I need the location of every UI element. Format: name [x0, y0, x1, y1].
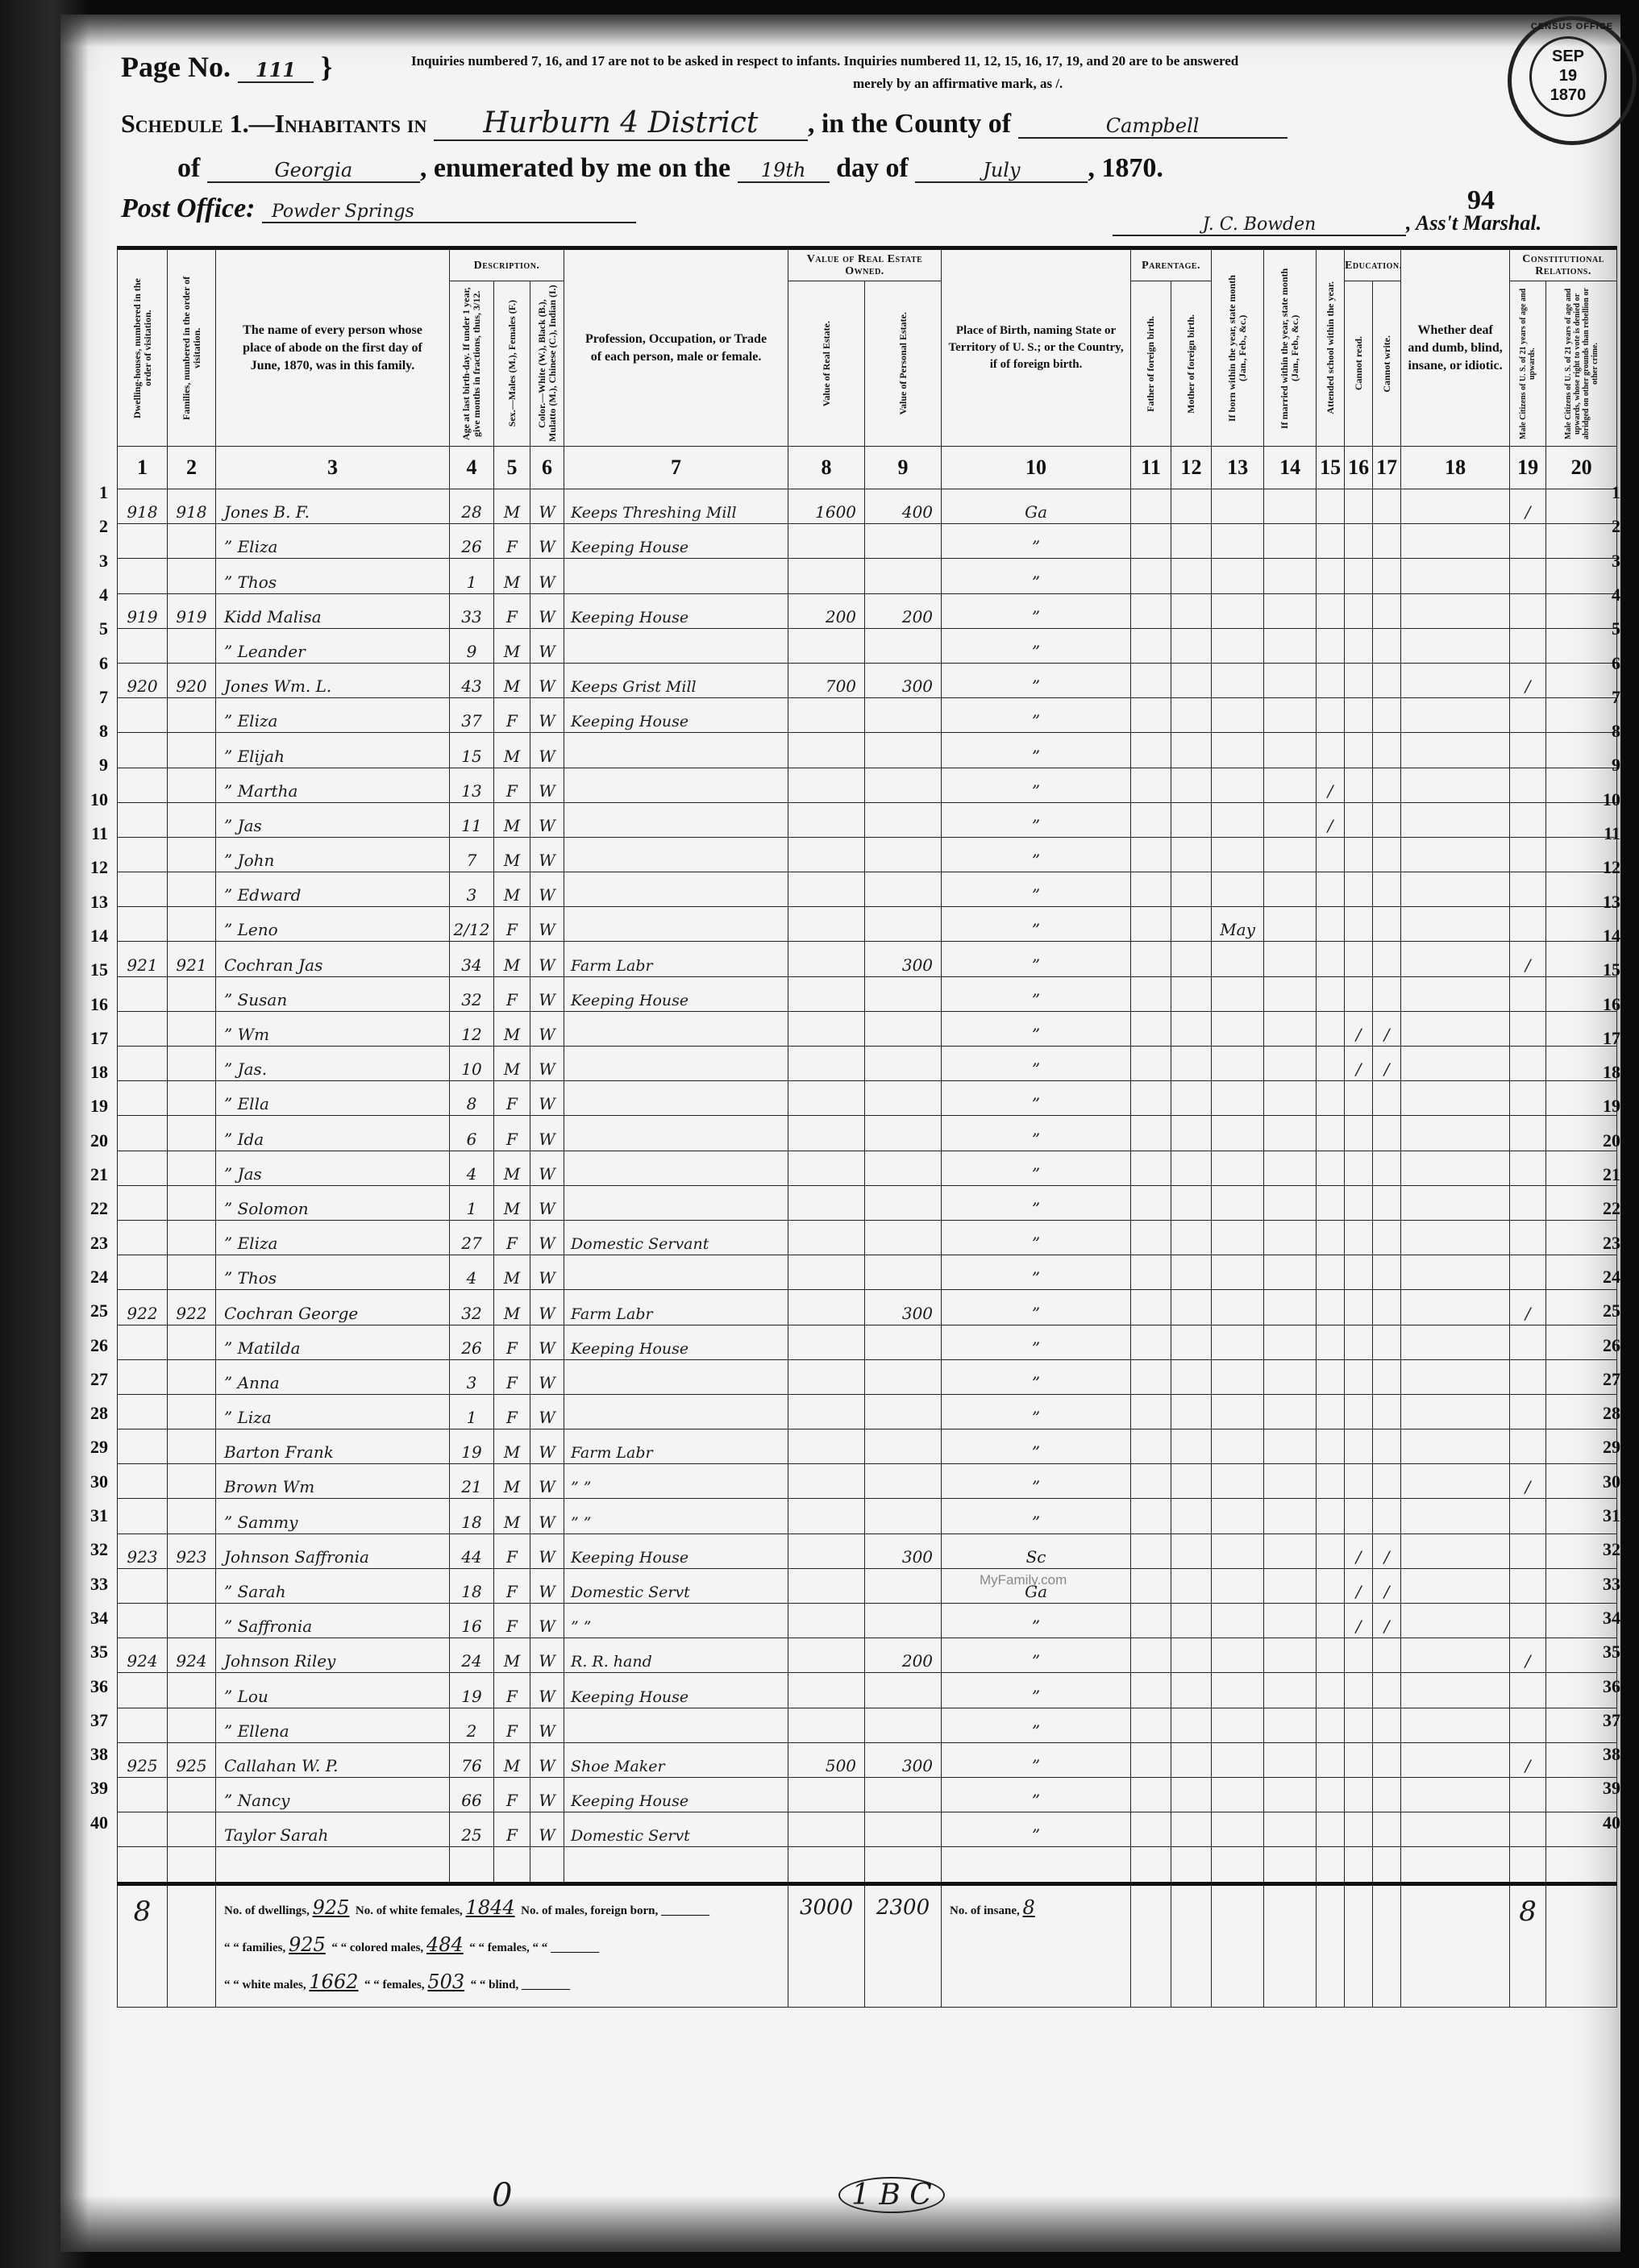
row-number: 31 — [74, 1505, 108, 1526]
row-number: 7 — [74, 687, 108, 708]
row-number: 39 — [74, 1778, 108, 1799]
column-number: 16 — [1345, 447, 1373, 489]
personal-estate-value — [865, 907, 942, 942]
real-estate-value — [788, 698, 865, 733]
census-row: ” Jas.10MW”// — [118, 1047, 1617, 1081]
occupation — [564, 1708, 788, 1742]
county-field: Campbell — [1018, 114, 1287, 139]
father-foreign — [1131, 1220, 1171, 1255]
age: 18 — [450, 1499, 494, 1534]
birthplace: ” — [942, 1673, 1131, 1708]
born-within-year — [1212, 1255, 1264, 1290]
color: W — [530, 1708, 564, 1742]
sex: M — [494, 1011, 530, 1046]
family-number — [168, 1499, 216, 1534]
real-estate-value — [788, 907, 865, 942]
personal-estate-value — [865, 1708, 942, 1742]
row-number: 17 — [1587, 1028, 1620, 1049]
deaf-blind — [1401, 1255, 1510, 1290]
deaf-blind — [1401, 1812, 1510, 1847]
cannot-read — [1345, 1777, 1373, 1812]
personal-estate-value: 300 — [865, 942, 942, 976]
birthplace: ” — [942, 1185, 1131, 1220]
cannot-read: / — [1345, 1011, 1373, 1046]
father-foreign — [1131, 837, 1171, 872]
age: 76 — [450, 1742, 494, 1777]
married-within-year — [1264, 768, 1317, 802]
mother-foreign — [1171, 698, 1212, 733]
row-number: 40 — [1587, 1812, 1620, 1833]
occupation — [564, 628, 788, 663]
occupation — [564, 1847, 788, 1883]
cannot-read — [1345, 489, 1373, 524]
born-within-year — [1212, 1568, 1264, 1603]
attended-school — [1317, 976, 1345, 1011]
real-estate-value — [788, 1220, 865, 1255]
cannot-write — [1373, 663, 1401, 697]
mother-foreign — [1171, 559, 1212, 593]
attended-school — [1317, 1568, 1345, 1603]
dwelling-number — [118, 1151, 168, 1185]
mother-foreign — [1171, 907, 1212, 942]
father-foreign — [1131, 1499, 1171, 1534]
real-estate-value — [788, 1185, 865, 1220]
real-estate-value — [788, 1011, 865, 1046]
dwelling-number — [118, 524, 168, 559]
married-within-year — [1264, 1359, 1317, 1394]
mother-foreign — [1171, 942, 1212, 976]
row-number: 20 — [74, 1130, 108, 1151]
attended-school — [1317, 1081, 1345, 1116]
cannot-read — [1345, 1464, 1373, 1499]
color: W — [530, 524, 564, 559]
real-estate-value — [788, 1534, 865, 1568]
mother-foreign — [1171, 1812, 1212, 1847]
sex: F — [494, 1220, 530, 1255]
cannot-read — [1345, 1499, 1373, 1534]
age: 25 — [450, 1812, 494, 1847]
birthplace: ” — [942, 1812, 1131, 1847]
real-estate-value: 1600 — [788, 489, 865, 524]
dwelling-number — [118, 1081, 168, 1116]
column-number: 7 — [564, 447, 788, 489]
deaf-blind — [1401, 1185, 1510, 1220]
day-of-label: day of — [836, 153, 909, 183]
personal-estate-value: 300 — [865, 1742, 942, 1777]
married-within-year — [1264, 1777, 1317, 1812]
occupation: ” ” — [564, 1464, 788, 1499]
deaf-blind — [1401, 1394, 1510, 1429]
mother-foreign — [1171, 1359, 1212, 1394]
family-number: 921 — [168, 942, 216, 976]
census-row: ” Edward3MW” — [118, 872, 1617, 907]
summary-col19-total: 8 — [1510, 1883, 1546, 2007]
male-citizen — [1510, 1604, 1546, 1638]
dwelling-number — [118, 628, 168, 663]
born-within-year — [1212, 1185, 1264, 1220]
person-name: ” Jas — [216, 802, 450, 837]
personal-estate-value — [865, 802, 942, 837]
occupation: Keeps Threshing Mill — [564, 489, 788, 524]
age: 7 — [450, 837, 494, 872]
row-number: 19 — [74, 1096, 108, 1117]
occupation: Keeping House — [564, 1777, 788, 1812]
mother-foreign — [1171, 872, 1212, 907]
white-males-count: 1662 — [309, 1970, 358, 1993]
census-row: ” Leander9MW” — [118, 628, 1617, 663]
dwelling-number — [118, 1255, 168, 1290]
row-number: 34 — [1587, 1608, 1620, 1629]
married-within-year — [1264, 1673, 1317, 1708]
sex: M — [494, 1185, 530, 1220]
attended-school — [1317, 1499, 1345, 1534]
row-number: 6 — [1587, 653, 1620, 674]
color: W — [530, 1742, 564, 1777]
birthplace: ” — [942, 1429, 1131, 1464]
family-number — [168, 698, 216, 733]
age: 33 — [450, 593, 494, 628]
census-row: ” Lou19FWKeeping House” — [118, 1673, 1617, 1708]
occupation: Keeping House — [564, 698, 788, 733]
attended-school — [1317, 907, 1345, 942]
family-number: 920 — [168, 663, 216, 697]
father-foreign — [1131, 1708, 1171, 1742]
born-within-year — [1212, 1673, 1264, 1708]
deaf-blind — [1401, 1429, 1510, 1464]
attended-school: / — [1317, 768, 1345, 802]
born-within-year — [1212, 593, 1264, 628]
row-number: 36 — [1587, 1676, 1620, 1697]
row-number: 13 — [74, 892, 108, 913]
row-number: 15 — [74, 959, 108, 980]
occupation: ” ” — [564, 1604, 788, 1638]
cannot-write — [1373, 802, 1401, 837]
birthplace: ” — [942, 1638, 1131, 1673]
row-number: 4 — [1587, 585, 1620, 605]
occupation: R. R. hand — [564, 1638, 788, 1673]
father-foreign — [1131, 907, 1171, 942]
sex: M — [494, 837, 530, 872]
family-number — [168, 1116, 216, 1151]
personal-estate-value — [865, 1673, 942, 1708]
cannot-read — [1345, 1429, 1373, 1464]
family-number — [168, 1011, 216, 1046]
col-header-born-within-year: If born within the year, state month (Ja… — [1212, 248, 1264, 447]
sex: F — [494, 1708, 530, 1742]
schedule-line: Schedule 1.—Inhabitants in Hurburn 4 Dis… — [121, 106, 1287, 141]
col-header-male-citizens: Male Citizens of U. S. of 21 years of ag… — [1510, 281, 1546, 447]
born-within-year — [1212, 802, 1264, 837]
male-citizen — [1510, 1255, 1546, 1290]
personal-estate-value — [865, 628, 942, 663]
person-name: ” Thos — [216, 559, 450, 593]
person-name: ” Leno — [216, 907, 450, 942]
age: 6 — [450, 1116, 494, 1151]
row-number: 2 — [1587, 516, 1620, 537]
sex: F — [494, 1325, 530, 1359]
row-number: 3 — [74, 551, 108, 572]
born-within-year — [1212, 1151, 1264, 1185]
married-within-year — [1264, 1708, 1317, 1742]
born-within-year — [1212, 489, 1264, 524]
dwelling-number — [118, 559, 168, 593]
personal-estate-value — [865, 976, 942, 1011]
person-name: Taylor Sarah — [216, 1812, 450, 1847]
born-within-year — [1212, 524, 1264, 559]
father-foreign — [1131, 1604, 1171, 1638]
color: W — [530, 628, 564, 663]
father-foreign — [1131, 1151, 1171, 1185]
occupation: Domestic Servant — [564, 1220, 788, 1255]
cannot-write — [1373, 559, 1401, 593]
state-field: Georgia — [207, 159, 420, 183]
attended-school — [1317, 1151, 1345, 1185]
row-number: 1 — [74, 482, 108, 503]
cannot-read — [1345, 1255, 1373, 1290]
instructions-line-1: Inquiries numbered 7, 16, and 17 are not… — [411, 53, 1540, 69]
married-within-year — [1264, 1499, 1317, 1534]
col-header-attended-school: Attended school within the year. — [1317, 248, 1345, 447]
attended-school — [1317, 1290, 1345, 1325]
color: W — [530, 802, 564, 837]
occupation: Keeping House — [564, 593, 788, 628]
cannot-read — [1345, 1185, 1373, 1220]
color: W — [530, 1638, 564, 1673]
marshal-line: J. C. Bowden, Ass't Marshal. — [1113, 211, 1541, 236]
row-number: 9 — [74, 755, 108, 776]
father-foreign — [1131, 1673, 1171, 1708]
cannot-write — [1373, 1290, 1401, 1325]
father-foreign — [1131, 1185, 1171, 1220]
attended-school — [1317, 489, 1345, 524]
real-estate-value — [788, 1464, 865, 1499]
age: 1 — [450, 559, 494, 593]
row-number: 16 — [1587, 994, 1620, 1015]
age: 13 — [450, 768, 494, 802]
father-foreign — [1131, 1290, 1171, 1325]
married-within-year — [1264, 698, 1317, 733]
census-table: Dwelling-houses, numbered in the order o… — [117, 246, 1617, 2008]
attended-school — [1317, 1394, 1345, 1429]
married-within-year — [1264, 1151, 1317, 1185]
birthplace: ” — [942, 1047, 1131, 1081]
row-number: 10 — [74, 789, 108, 810]
mother-foreign — [1171, 1673, 1212, 1708]
person-name: Callahan W. P. — [216, 1742, 450, 1777]
cannot-read: / — [1345, 1047, 1373, 1081]
census-row: 918918Jones B. F.28MWKeeps Threshing Mil… — [118, 489, 1617, 524]
color: W — [530, 1185, 564, 1220]
row-number: 34 — [74, 1608, 108, 1629]
married-within-year — [1264, 1534, 1317, 1568]
cannot-read — [1345, 942, 1373, 976]
male-citizen — [1510, 1116, 1546, 1151]
cannot-read — [1345, 1742, 1373, 1777]
color: W — [530, 559, 564, 593]
deaf-blind — [1401, 1047, 1510, 1081]
birthplace: ” — [942, 907, 1131, 942]
personal-estate-value — [865, 837, 942, 872]
instructions-line-2: merely by an affirmative mark, as /. — [853, 76, 1063, 92]
age: 9 — [450, 628, 494, 663]
mother-foreign — [1171, 768, 1212, 802]
age: 12 — [450, 1011, 494, 1046]
sex: F — [494, 768, 530, 802]
attended-school — [1317, 698, 1345, 733]
color: W — [530, 1464, 564, 1499]
census-row: ” Nancy66FWKeeping House” — [118, 1777, 1617, 1812]
cannot-read — [1345, 733, 1373, 768]
cannot-write — [1373, 1255, 1401, 1290]
sex: M — [494, 942, 530, 976]
person-name: ” Nancy — [216, 1777, 450, 1812]
occupation: Keeping House — [564, 1534, 788, 1568]
male-citizen — [1510, 1429, 1546, 1464]
real-estate-value — [788, 1604, 865, 1638]
deaf-blind — [1401, 1081, 1510, 1116]
color: W — [530, 1325, 564, 1359]
deaf-blind — [1401, 1290, 1510, 1325]
cannot-read — [1345, 593, 1373, 628]
occupation — [564, 1081, 788, 1116]
county-label: , in the County of — [808, 109, 1011, 139]
col-header-age: Age at last birth-day. If under 1 year, … — [450, 281, 494, 447]
real-estate-value — [788, 1638, 865, 1673]
dwelling-number — [118, 802, 168, 837]
occupation: Keeping House — [564, 1325, 788, 1359]
married-within-year — [1264, 1464, 1317, 1499]
born-within-year — [1212, 1499, 1264, 1534]
born-within-year — [1212, 768, 1264, 802]
born-within-year: May — [1212, 907, 1264, 942]
census-office-stamp: CENSUS OFFICE SEP 19 1870 — [1508, 16, 1637, 145]
birthplace: ” — [942, 1325, 1131, 1359]
census-row: ” Eliza27FWDomestic Servant” — [118, 1220, 1617, 1255]
cannot-write — [1373, 593, 1401, 628]
birthplace: ” — [942, 872, 1131, 907]
born-within-year — [1212, 559, 1264, 593]
sex: M — [494, 663, 530, 697]
col-header-occupation: Profession, Occupation, or Trade of each… — [564, 248, 788, 447]
sex: F — [494, 976, 530, 1011]
person-name: ” John — [216, 837, 450, 872]
post-office-field: Powder Springs — [262, 202, 636, 223]
row-number: 30 — [1587, 1471, 1620, 1492]
person-name — [216, 1847, 450, 1883]
age: 24 — [450, 1638, 494, 1673]
attended-school — [1317, 1604, 1345, 1638]
cannot-write — [1373, 1151, 1401, 1185]
row-number: 32 — [1587, 1539, 1620, 1560]
bottom-mark-zero: 0 — [492, 2177, 512, 2214]
male-citizen — [1510, 768, 1546, 802]
deaf-blind — [1401, 768, 1510, 802]
census-row: ” Eliza37FWKeeping House” — [118, 698, 1617, 733]
real-estate-value — [788, 1359, 865, 1394]
father-foreign — [1131, 1777, 1171, 1812]
color: W — [530, 1673, 564, 1708]
color: W — [530, 1777, 564, 1812]
cannot-read — [1345, 1220, 1373, 1255]
group-header-parentage: Parentage. — [1131, 248, 1212, 281]
enumerated-label: , enumerated by me on the — [420, 153, 730, 183]
person-name: ” Anna — [216, 1359, 450, 1394]
personal-estate-value — [865, 1220, 942, 1255]
census-row: ” John7MW” — [118, 837, 1617, 872]
row-number: 37 — [1587, 1710, 1620, 1731]
mother-foreign — [1171, 1116, 1212, 1151]
row-number: 40 — [74, 1812, 108, 1833]
father-foreign — [1131, 1047, 1171, 1081]
deaf-blind — [1401, 1464, 1510, 1499]
father-foreign — [1131, 1534, 1171, 1568]
personal-estate-value — [865, 1081, 942, 1116]
stamp-month: SEP — [1532, 47, 1604, 66]
column-number: 2 — [168, 447, 216, 489]
person-name: Cochran George — [216, 1290, 450, 1325]
family-number: 922 — [168, 1290, 216, 1325]
row-number: 3 — [1587, 551, 1620, 572]
male-citizen: / — [1510, 1742, 1546, 1777]
color: W — [530, 1081, 564, 1116]
census-row: ” Sammy18MW” ”” — [118, 1499, 1617, 1534]
attended-school — [1317, 628, 1345, 663]
age: 28 — [450, 489, 494, 524]
personal-estate-value: 300 — [865, 1534, 942, 1568]
male-citizen: / — [1510, 489, 1546, 524]
real-estate-value — [788, 1151, 865, 1185]
column-number: 17 — [1373, 447, 1401, 489]
dwelling-number — [118, 907, 168, 942]
father-foreign — [1131, 872, 1171, 907]
person-name: ” Jas. — [216, 1047, 450, 1081]
born-within-year — [1212, 628, 1264, 663]
male-citizen — [1510, 1673, 1546, 1708]
personal-estate-value: 300 — [865, 663, 942, 697]
sex: F — [494, 1673, 530, 1708]
real-estate-value — [788, 872, 865, 907]
age: 43 — [450, 663, 494, 697]
occupation — [564, 1116, 788, 1151]
color: W — [530, 1394, 564, 1429]
sex: F — [494, 698, 530, 733]
personal-estate-value — [865, 768, 942, 802]
born-within-year — [1212, 1116, 1264, 1151]
birthplace: ” — [942, 1777, 1131, 1812]
row-number: 14 — [74, 926, 108, 947]
person-name: Cochran Jas — [216, 942, 450, 976]
schedule-label: Schedule 1.—Inhabitants in — [121, 109, 426, 138]
dwelling-number — [118, 837, 168, 872]
dwelling-number — [118, 1011, 168, 1046]
real-estate-value — [788, 628, 865, 663]
col-header-color: Color.—White (W.), Black (B.), Mulatto (… — [530, 281, 564, 447]
mother-foreign — [1171, 593, 1212, 628]
married-within-year — [1264, 1604, 1317, 1638]
sex: M — [494, 1742, 530, 1777]
mother-foreign — [1171, 1777, 1212, 1812]
row-number: 25 — [1587, 1300, 1620, 1321]
personal-estate-value — [865, 1011, 942, 1046]
group-header-description: Description. — [450, 248, 564, 281]
married-within-year — [1264, 976, 1317, 1011]
color: W — [530, 733, 564, 768]
person-name: ” Ella — [216, 1081, 450, 1116]
birthplace: ” — [942, 1255, 1131, 1290]
birthplace: ” — [942, 942, 1131, 976]
color: W — [530, 1429, 564, 1464]
person-name: ” Martha — [216, 768, 450, 802]
